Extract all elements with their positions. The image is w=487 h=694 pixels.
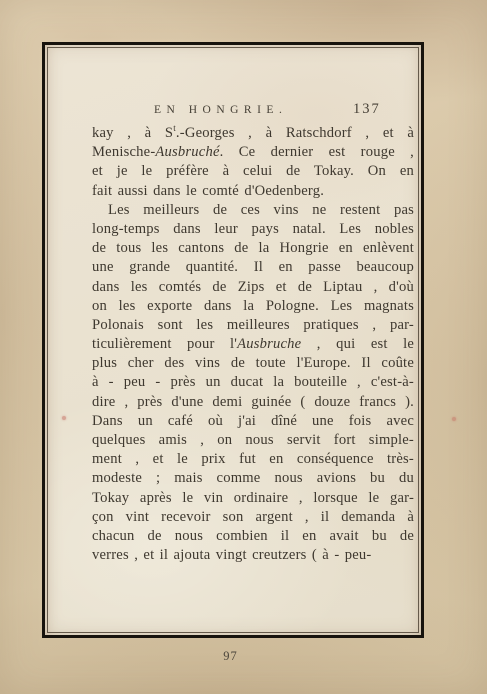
text-line: ment , et le prix fut en conséquence trè… [92,450,414,469]
text-segment: Dans un café où j'ai dîné une fois avec [92,413,414,429]
text-line: long-temps dans leur pays natal. Les nob… [92,220,414,239]
text-segment: plus cher des vins de toute l'Europe. Il… [92,355,414,371]
text-segment: Polonais sont les meilleures pratiques ,… [92,317,414,333]
text-segment: , qui est le [301,336,414,352]
text-line: et je le préfère à celui de Tokay. On en [92,162,414,181]
text-segment: quelques amis , on nous servit fort simp… [92,432,414,448]
text-line: çon vint recevoir son argent , il demand… [92,508,414,527]
italic-text: Ausbruche [237,336,301,352]
text-segment: à - peu - près un ducat la bouteille , c… [92,374,414,390]
text-line: verres , et il ajouta vingt creutzers ( … [92,546,414,565]
text-segment: et je le préfère à celui de Tokay. On en [92,163,414,179]
text-segment: dire , près d'une demi guinée ( douze fr… [92,394,414,410]
text-segment: on les exporte dans la Pologne. Les magn… [92,298,414,314]
text-line: Dans un café où j'ai dîné une fois avec [92,412,414,431]
text-line: Tokay après le vin ordinaire , lorsque l… [92,489,414,508]
text-segment: une grande quantité. Il en passe beaucou… [92,259,414,275]
running-header-title: EN HONGRIE. [154,104,287,116]
text-line: quelques amis , on nous servit fort simp… [92,431,414,450]
text-segment: Les meilleurs de ces vins ne restent pas [108,202,414,218]
text-line: modeste ; mais comme nous avions bu du [92,469,414,488]
scanned-book-page: EN HONGRIE. 137 kay , à St.-Georges , à … [0,0,487,694]
text-line: dire , près d'une demi guinée ( douze fr… [92,393,414,412]
text-line: Les meilleurs de ces vins ne restent pas [92,201,414,220]
text-line: dans les comtés de Zips et de Liptau , d… [92,278,414,297]
text-line: chacun de nous combien il en avait bu de [92,527,414,546]
scan-sheet-number: 97 [42,649,419,664]
text-segment: dans les comtés de Zips et de Liptau , d… [92,279,414,295]
text-segment: modeste ; mais comme nous avions bu du [92,470,414,486]
text-segment: long-temps dans leur pays natal. Les nob… [92,221,414,237]
foxing-speck [452,417,456,421]
text-line: fait aussi dans le comté d'Oedenberg. [92,182,414,201]
text-line: on les exporte dans la Pologne. Les magn… [92,297,414,316]
text-line: Menische-Ausbruché. Ce dernier est rouge… [92,143,414,162]
text-segment: çon vint recevoir son argent , il demand… [92,509,414,525]
text-segment: Tokay après le vin ordinaire , lorsque l… [92,490,414,506]
body-text-block: kay , à St.-Georges , à Ratschdorf , et … [92,124,414,565]
text-line: de tous les cantons de la Hongrie en enl… [92,239,414,258]
text-segment: ticulièrement pour l' [92,336,237,352]
text-segment: verres , et il ajouta vingt creutzers ( … [92,547,371,563]
text-segment: . Ce dernier est rouge , [220,144,414,160]
text-line: ticulièrement pour l'Ausbruche , qui est… [92,335,414,354]
text-segment: kay , à S [92,125,173,141]
text-line: plus cher des vins de toute l'Europe. Il… [92,354,414,373]
folio-page-number: 137 [353,101,381,118]
running-head: EN HONGRIE. 137 [92,101,414,119]
text-line: une grande quantité. Il en passe beaucou… [92,258,414,277]
text-line: à - peu - près un ducat la bouteille , c… [92,373,414,392]
italic-text: Ausbruché [155,144,219,160]
text-line: kay , à St.-Georges , à Ratschdorf , et … [92,124,414,143]
text-segment: ment , et le prix fut en conséquence trè… [92,451,414,467]
text-segment: de tous les cantons de la Hongrie en enl… [92,240,414,256]
text-line: Polonais sont les meilleures pratiques ,… [92,316,414,335]
text-segment: Menische- [92,144,155,160]
text-segment: fait aussi dans le comté d'Oedenberg. [92,183,324,199]
text-segment: .-Georges , à Ratschdorf , et à [176,125,414,141]
text-segment: chacun de nous combien il en avait bu de [92,528,414,544]
